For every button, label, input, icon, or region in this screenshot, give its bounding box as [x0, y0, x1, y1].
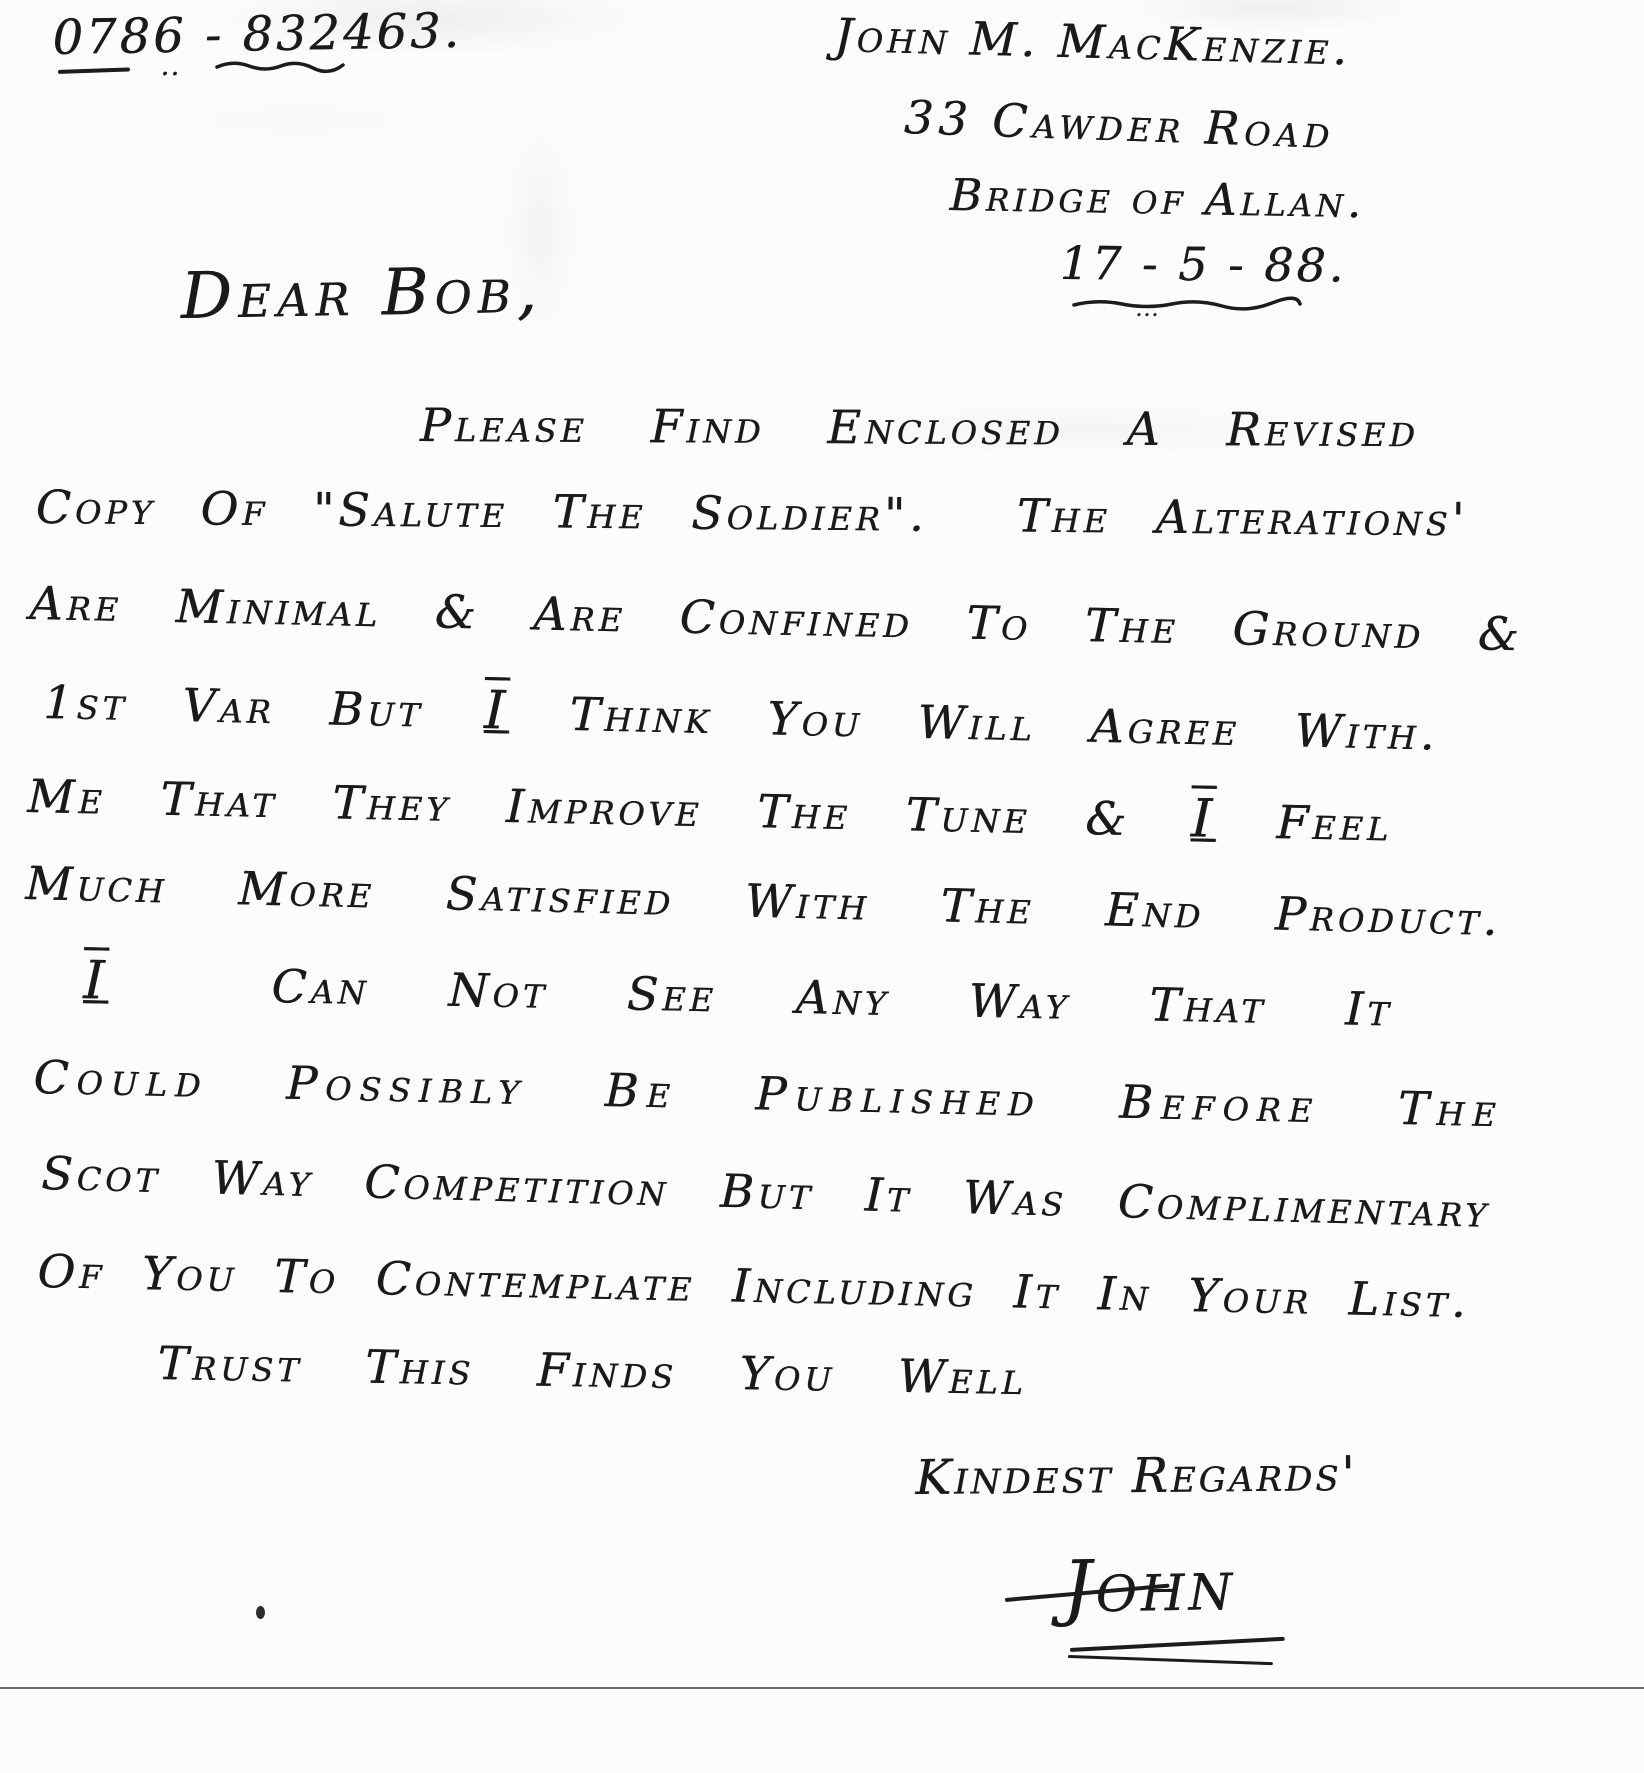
signature-underline-stroke [1070, 1637, 1285, 1652]
signature-underline-stroke [1068, 1655, 1273, 1665]
closing: Kindest Regards' [915, 1448, 1358, 1505]
paper-edge-line [0, 1687, 1644, 1689]
sender-address-line2: Bridge of Allan. [949, 172, 1365, 228]
body-text: Feel [1221, 794, 1393, 852]
phone-underline-stroke [58, 67, 130, 74]
underlined-I: I [1184, 788, 1222, 850]
body-text: Think You Will Agree With. [514, 686, 1439, 761]
body-text: Can Not See Any Way That It [114, 956, 1394, 1037]
body-line: Of You To Contemplate Including It In Yo… [37, 1246, 1470, 1327]
salutation: Dear Bob, [180, 256, 543, 333]
body-line: Much More Satisfied With The End Product… [25, 858, 1502, 945]
underlined-I: I [477, 680, 515, 742]
body-line: Could Possibly Be Published Before The [33, 1052, 1504, 1136]
body-line: Please Find Enclosed A Revised [420, 400, 1419, 456]
sender-name: John M. MacKenzie. [834, 10, 1352, 74]
phone-underline-dots: ‥ [160, 48, 184, 83]
ink-dot [256, 1606, 265, 1619]
body-line: Me That They Improve The Tune & I Feel [27, 766, 1393, 853]
body-line: I Can Not See Any Way That It [77, 952, 1394, 1038]
body-line: Copy Of "Salute The Soldier". The Altera… [36, 482, 1469, 545]
letter-page: 0786 - 832463. ‥ John M. MacKenzie. 33 C… [0, 0, 1644, 1773]
sender-address-line1: 33 Cawder Road [903, 92, 1335, 158]
phone-underline-squiggle [215, 58, 345, 74]
signature: John [1062, 1545, 1237, 1627]
letter-date: 17 - 5 - 88. [1060, 238, 1347, 291]
underlined-I: I [77, 950, 115, 1012]
body-line: 1st Var But I Think You Will Agree With. [43, 672, 1439, 762]
body-line: Scot Way Competition But It Was Complime… [41, 1148, 1491, 1237]
body-line: Are Minimal & Are Confined To The Ground… [29, 578, 1523, 660]
body-line: Trust This Finds You Well [157, 1338, 1027, 1404]
phone-number: 0786 - 832463. [52, 5, 462, 65]
body-text: 1st Var But [43, 675, 479, 739]
body-text: Me That They Improve The Tune & [27, 769, 1186, 847]
date-underline-squiggle [1072, 296, 1302, 312]
date-underline-dots: … [1135, 294, 1163, 322]
